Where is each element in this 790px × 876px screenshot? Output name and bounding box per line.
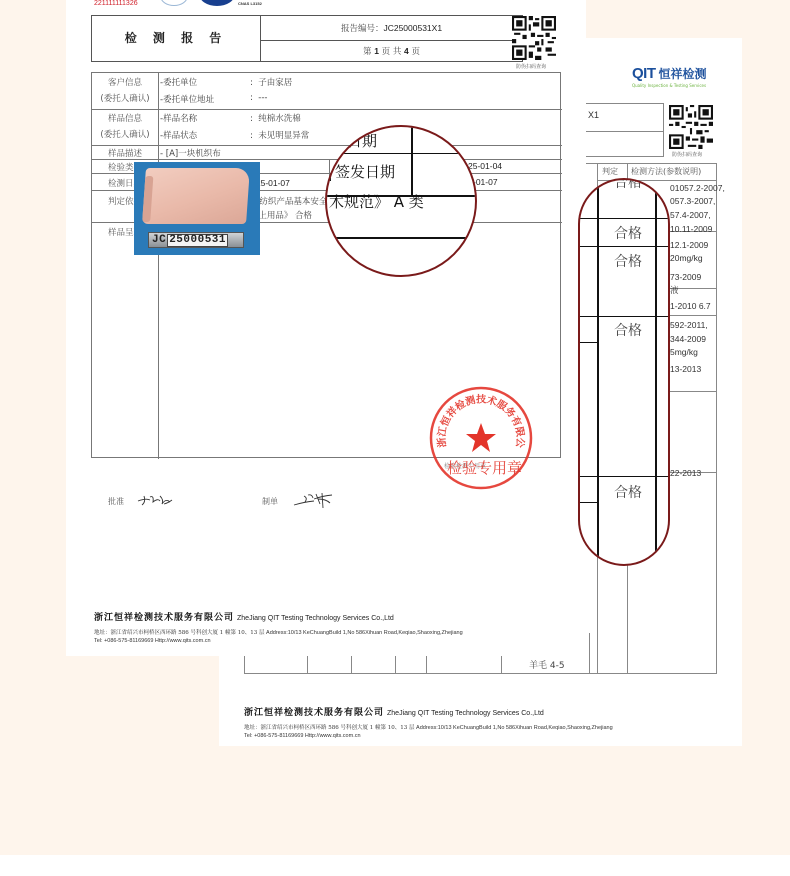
method-line: 液 bbox=[670, 284, 679, 297]
magnifier-circle: 日期 签发日期 术规范》 A 类 bbox=[325, 125, 477, 277]
method-line: 20mg/kg bbox=[670, 252, 703, 265]
col-judgement: 判定 bbox=[602, 166, 618, 177]
report-no-label: 报告编号： bbox=[341, 24, 384, 34]
report-number-row: 报告编号：JC25000531X1 bbox=[261, 16, 522, 41]
judgement-value: 合格 bbox=[614, 320, 642, 340]
sample-label: 样品信息 bbox=[92, 112, 158, 124]
cma-logo-icon bbox=[160, 0, 188, 6]
seal-label: 检验专用章 bbox=[447, 457, 522, 478]
judgement-value: 合格 bbox=[614, 251, 642, 271]
page2-footer: 浙江恒祥检测技术服务有限公司ZheJiang QIT Testing Techn… bbox=[244, 700, 613, 739]
client-addr-label: -委托单位地址 bbox=[160, 93, 214, 105]
end-date-fragment: -01-07 bbox=[473, 177, 498, 187]
client-addr-value: : --- bbox=[250, 93, 267, 103]
client-unit-label: -委托单位 bbox=[160, 76, 197, 88]
certificate-number: 221111111326 bbox=[94, 0, 138, 7]
footer-address-cn: 地址：浙江省绍兴市柯桥区西环路 586 号科创大厦 1 幢第 10、13 层 bbox=[244, 725, 415, 731]
method-line: 57.4-2007, bbox=[670, 209, 711, 222]
client-unit-value: : 子由家居 bbox=[250, 76, 292, 88]
footer-company-en: ZheJiang QIT Testing Technology Services… bbox=[387, 710, 544, 717]
magnified-text-issue-date: 签发日期 bbox=[335, 161, 395, 182]
qr-caption: 防伪扫码查询 bbox=[516, 63, 546, 70]
desc-label: 样品描述 bbox=[92, 147, 158, 159]
report-title: 检 测 报 告 bbox=[92, 16, 261, 61]
judgement-value: 合格 bbox=[614, 223, 642, 243]
judgement-value: 合格 bbox=[614, 178, 642, 192]
method-line: 22-2013 bbox=[670, 467, 701, 480]
method-line: 5mg/kg bbox=[670, 346, 698, 359]
method-line: 01057.2-2007, bbox=[670, 182, 725, 195]
method-line: 13-2013 bbox=[670, 363, 701, 376]
sample-name-label: -样品名称 bbox=[160, 112, 197, 124]
logo-cn: 恒祥检测 bbox=[659, 67, 707, 81]
judgement-value: 合格 bbox=[614, 482, 642, 502]
footer-address-en: Address:10/13 KeChuangBuild 1,No 586Xihu… bbox=[266, 630, 463, 636]
footer-company-en: ZheJiang QIT Testing Technology Services… bbox=[237, 615, 394, 622]
report-header: 检 测 报 告 报告编号：JC25000531X1 第 1 页 共 4 页 bbox=[91, 15, 523, 62]
method-line: 10.11-2009 bbox=[670, 223, 712, 236]
maker-signature bbox=[292, 490, 336, 510]
last-row-text: 羊毛 4-5 bbox=[529, 658, 565, 671]
report-no: JC25000531X1 bbox=[383, 23, 442, 33]
method-line: 12.1-2009 bbox=[670, 239, 708, 252]
magnified-text-category: 术规范》 A 类 bbox=[329, 191, 424, 212]
ilac-logo-icon bbox=[199, 0, 235, 6]
fabric-image bbox=[142, 168, 250, 224]
desc-value: - [A]一块机织布 bbox=[160, 147, 221, 159]
approve-label: 批准 bbox=[108, 496, 124, 507]
sample-state-value: : 未见明显异常 bbox=[250, 129, 309, 141]
sample-tag: JC25000531 bbox=[148, 232, 244, 248]
sample-label-sub: (委托人确认) bbox=[92, 128, 158, 140]
maker-label: 制单 bbox=[262, 496, 278, 507]
col-method: 检测方法(参数说明) bbox=[631, 166, 701, 177]
magnified-text-date: 日期 bbox=[347, 130, 377, 151]
method-line: 344-2009 bbox=[670, 333, 706, 346]
logo-subtitle: Quality Inspection & Testing Services bbox=[632, 83, 722, 88]
qit-logo: QIT恒祥检测 Quality Inspection & Testing Ser… bbox=[632, 63, 722, 88]
sample-photo: JC25000531 bbox=[134, 162, 260, 255]
page1-footer: 浙江恒祥检测技术服务有限公司ZheJiang QIT Testing Techn… bbox=[94, 605, 463, 644]
sample-name-value: : 纯棉水洗棉 bbox=[250, 112, 301, 124]
qr-code-icon bbox=[512, 16, 556, 60]
logo-brand: QIT bbox=[632, 65, 656, 82]
footer-address-cn: 地址：浙江省绍兴市柯桥区西环路 586 号科创大厦 1 幢第 10、13 层 bbox=[94, 630, 265, 636]
footer-tel: Tel: +086-575-81169669 Http://www.qits.c… bbox=[94, 638, 463, 644]
cnas-label: CNAS L3152 bbox=[238, 1, 262, 6]
report-page-1: 221111111326 CNAS L3152 检 测 报 告 报告编号：JC2… bbox=[66, 0, 586, 656]
client-label: 客户信息 bbox=[92, 76, 158, 88]
method-line: 057.3-2007, bbox=[670, 195, 715, 208]
approve-signature bbox=[136, 492, 174, 508]
page-info: 第 1 页 共 4 页 bbox=[261, 41, 522, 61]
qr-code-icon bbox=[669, 105, 713, 149]
magnifier-pill: 合格 合格 合格 合格 合格 bbox=[578, 178, 670, 566]
client-label-sub: (委托人确认) bbox=[92, 92, 158, 104]
issue-date-fragment: 25-01-04 bbox=[468, 161, 502, 171]
footer-company-cn: 浙江恒祥检测技术服务有限公司 bbox=[244, 708, 384, 718]
footer-tel: Tel: +086-575-81169669 Http://www.qits.c… bbox=[244, 733, 613, 739]
footer-address-en: Address:10/13 KeChuangBuild 1,No 586Xihu… bbox=[416, 725, 613, 731]
footer-company-cn: 浙江恒祥检测技术服务有限公司 bbox=[94, 613, 234, 623]
qr-caption: 防伪扫码查询 bbox=[672, 151, 702, 158]
page2-report-no: X1 bbox=[588, 110, 599, 120]
method-line: 592-2011, bbox=[670, 319, 708, 332]
sample-state-label: -样品状态 bbox=[160, 129, 197, 141]
method-line: 73-2009 bbox=[670, 271, 701, 284]
method-line: 1-2010 6.7 bbox=[670, 300, 711, 313]
